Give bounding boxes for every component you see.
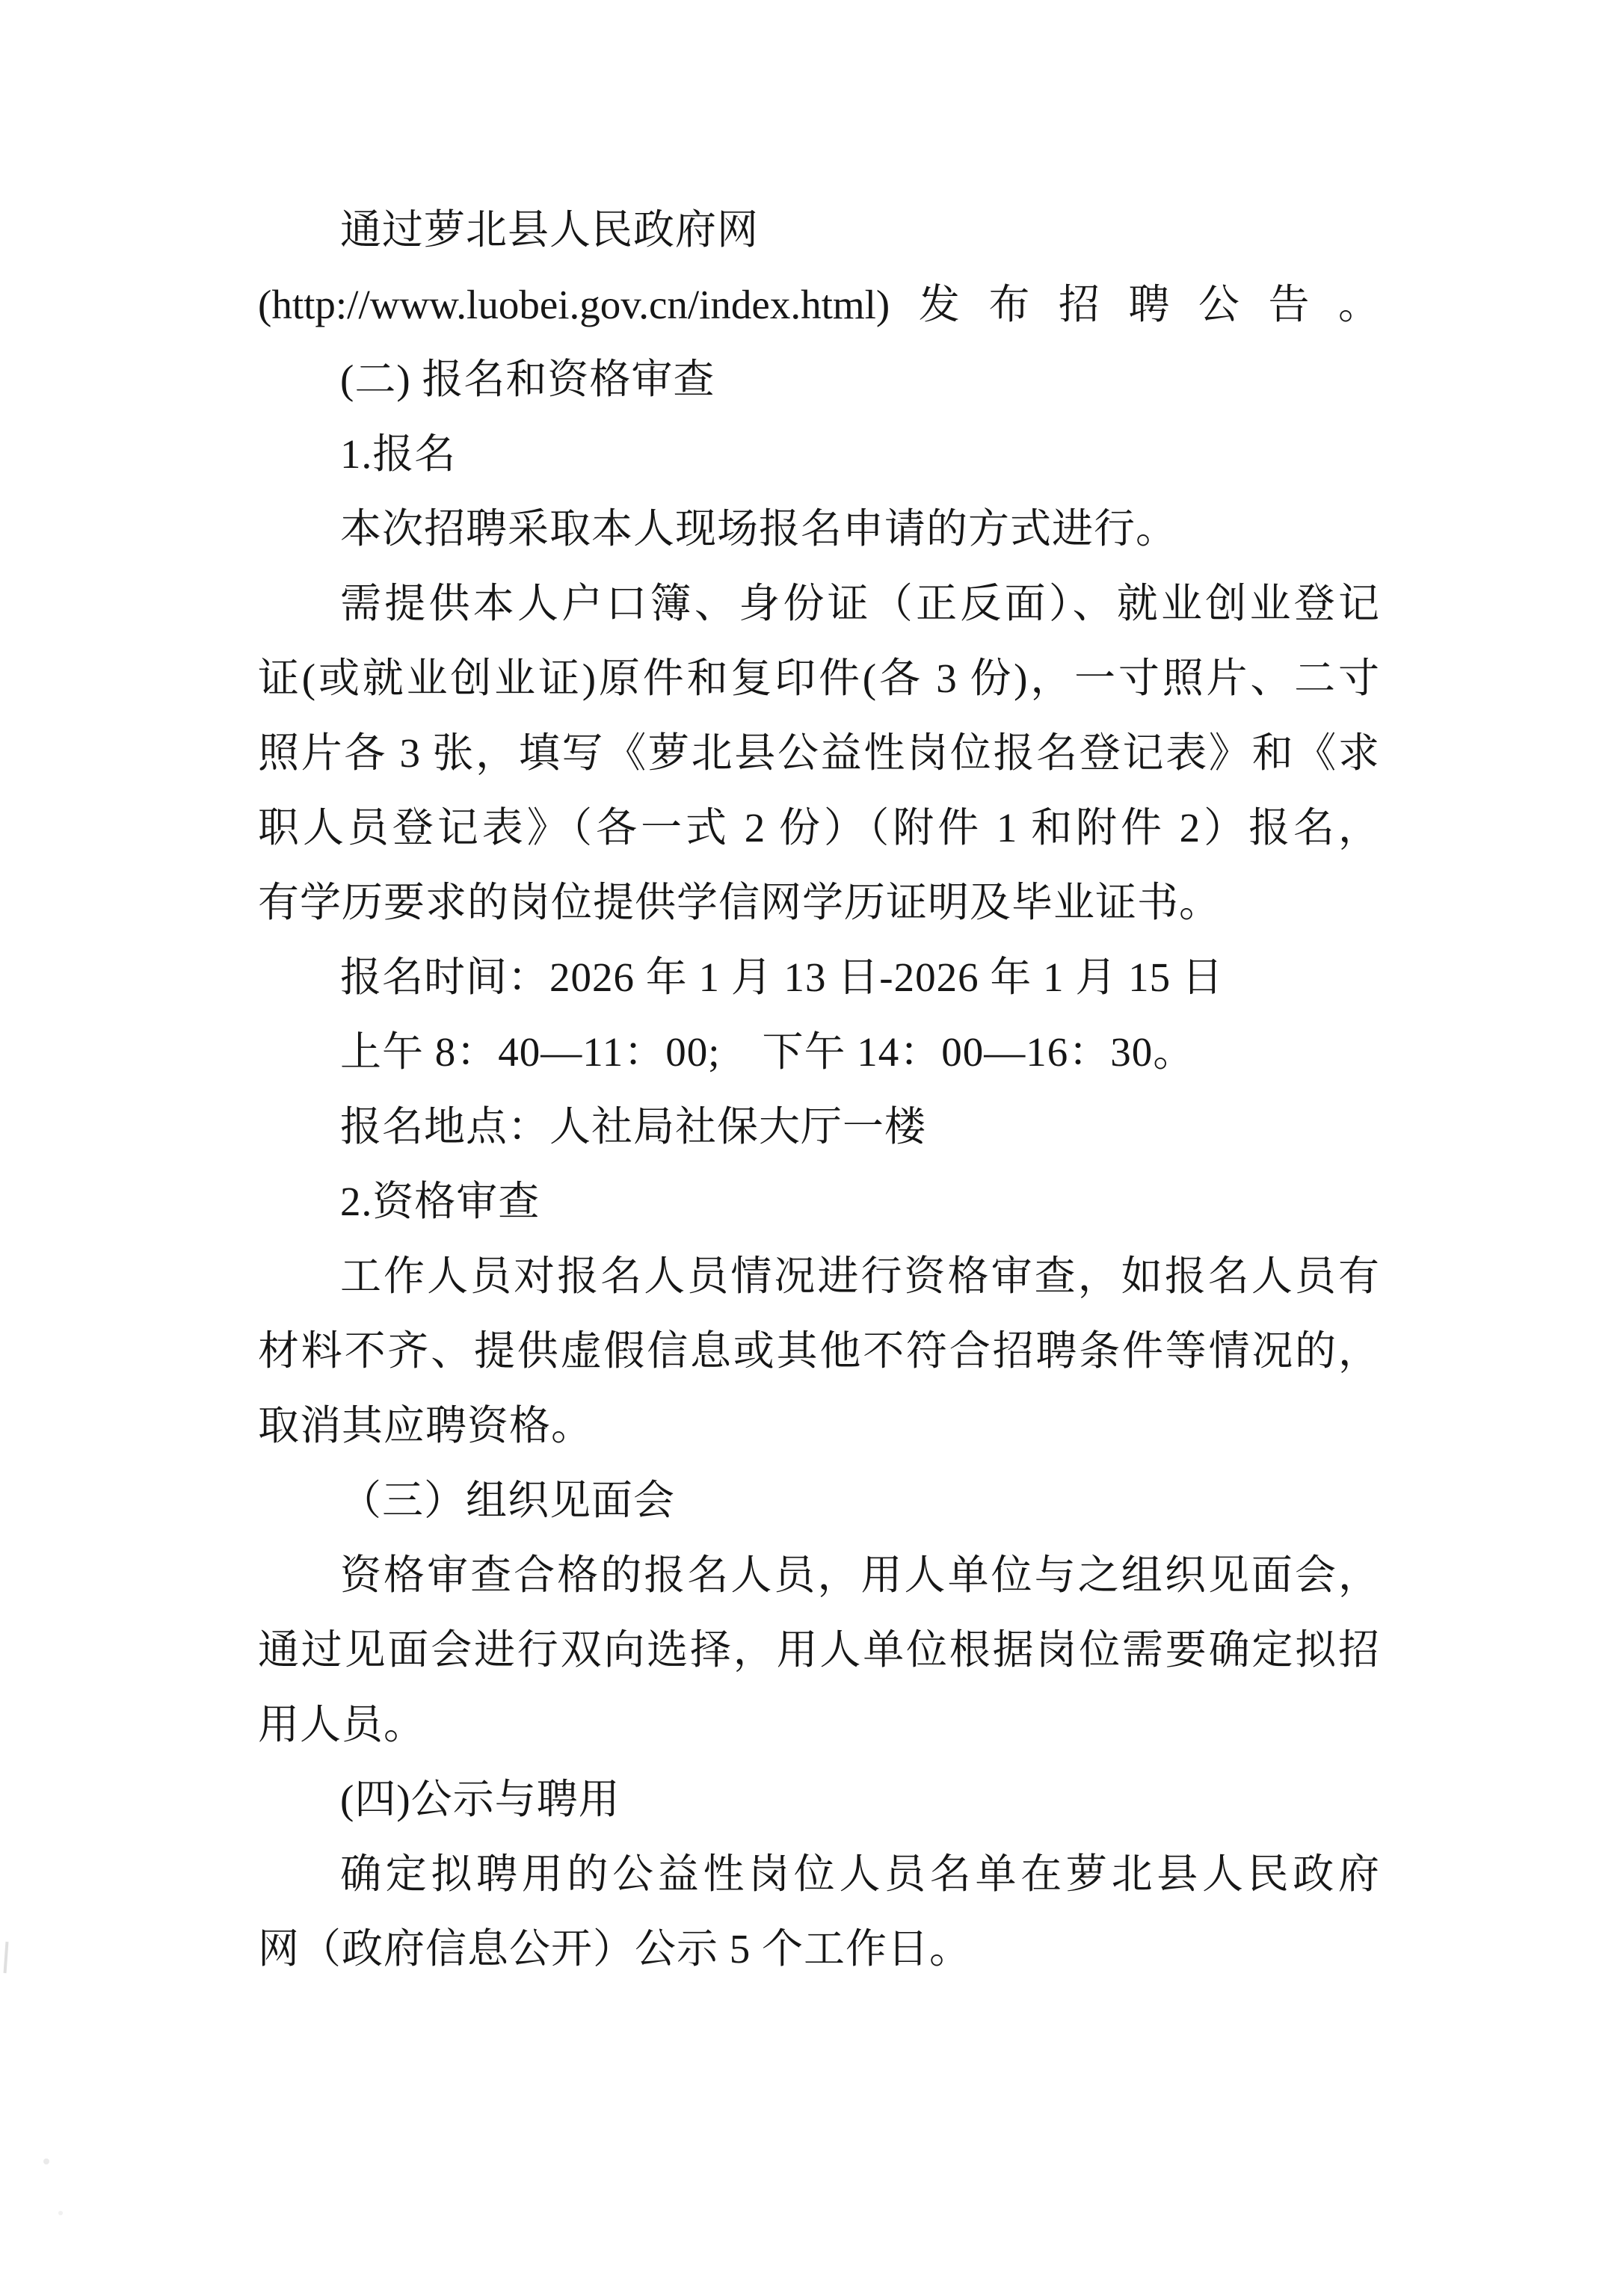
scan-artifact — [58, 2211, 63, 2215]
text-line: 取消其应聘资格。 — [258, 1389, 1379, 1463]
text-line: 上午 8：40—11：00; 下午 14：00—16：30。 — [258, 1015, 1379, 1090]
text-line: 职人员登记表》（各一式 2 份）（附件 1 和附件 2）报名， — [258, 791, 1379, 865]
text-line: 照片各 3 张，填写《萝北县公益性岗位报名登记表》和《求 — [258, 716, 1379, 791]
subsection-heading-1: 1.报名 — [258, 417, 1379, 492]
section-heading-4: (四)公示与聘用 — [258, 1762, 1379, 1837]
text-line: 证(或就业创业证)原件和复印件(各 3 份)，一寸照片、二寸 — [258, 641, 1379, 716]
text-line: 资格审查合格的报名人员，用人单位与之组织见面会， — [258, 1538, 1379, 1613]
subsection-heading-2: 2.资格审查 — [258, 1164, 1379, 1239]
text-line: 用人员。 — [258, 1688, 1379, 1762]
text-line: 通过见面会进行双向选择，用人单位根据岗位需要确定拟招 — [258, 1613, 1379, 1688]
section-heading-3: （三）组织见面会 — [258, 1463, 1379, 1538]
text-line: 确定拟聘用的公益性岗位人员名单在萝北县人民政府 — [258, 1837, 1379, 1912]
text-line: 工作人员对报名人员情况进行资格审查，如报名人员有 — [258, 1239, 1379, 1314]
document-text-block: 通过萝北县人民政府网 (http://www.luobei.gov.cn/ind… — [258, 193, 1379, 1987]
text-line: 报名时间：2026 年 1 月 13 日-2026 年 1 月 15 日 — [258, 940, 1379, 1015]
text-line: 需提供本人户口簿、身份证（正反面）、就业创业登记 — [258, 567, 1379, 641]
scan-artifact — [43, 2158, 49, 2164]
text-line: 网（政府信息公开）公示 5 个工作日。 — [258, 1912, 1379, 1987]
text-line: 报名地点：人社局社保大厅一楼 — [258, 1090, 1379, 1164]
scanned-document-page: 通过萝北县人民政府网 (http://www.luobei.gov.cn/ind… — [0, 0, 1623, 2296]
text-line: (http://www.luobei.gov.cn/index.html)发布招… — [258, 268, 1379, 342]
text-line: 有学历要求的岗位提供学信网学历证明及毕业证书。 — [258, 865, 1379, 940]
text-line: 材料不齐、提供虚假信息或其他不符合招聘条件等情况的， — [258, 1314, 1379, 1389]
text-line: 通过萝北县人民政府网 — [258, 193, 1379, 268]
scan-artifact — [4, 1942, 9, 1973]
text-line: 本次招聘采取本人现场报名申请的方式进行。 — [258, 492, 1379, 567]
section-heading-2: (二) 报名和资格审查 — [258, 342, 1379, 417]
